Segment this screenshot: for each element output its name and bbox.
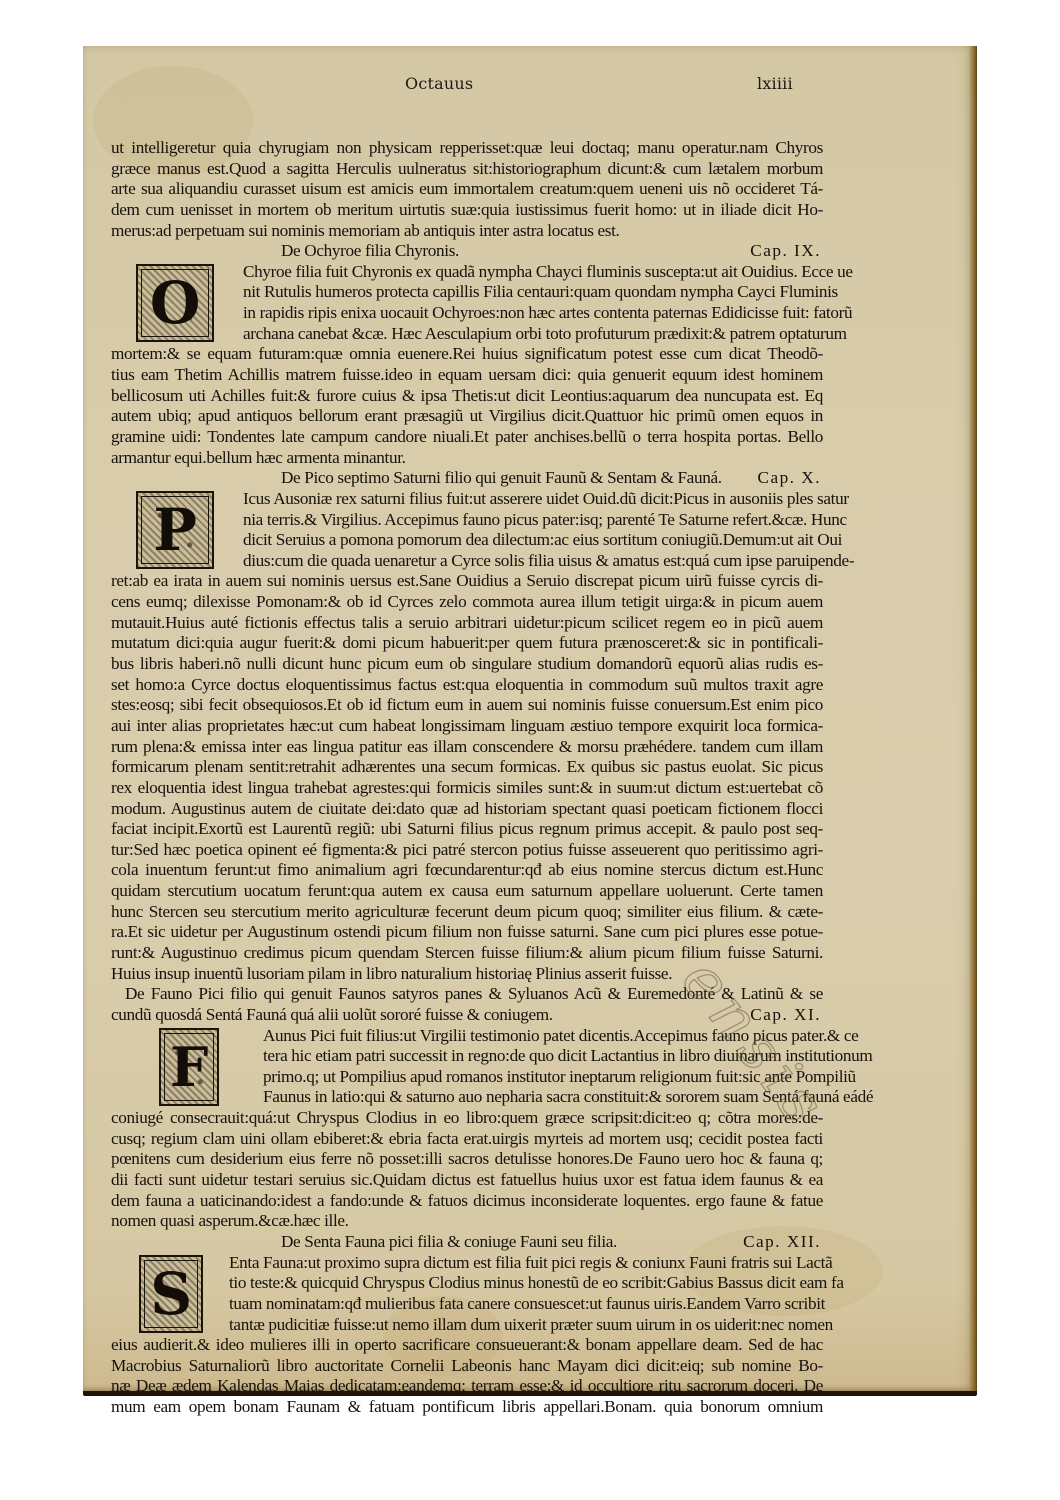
initial-letter-o-icon: O [136, 264, 214, 342]
chapter-title: De Senta Fauna pici filia & coniuge Faun… [281, 1232, 617, 1253]
chapter-opening: O Chyroe filia fuit Chyronis ex quadã ny… [111, 262, 823, 345]
text-line: ret:ab ea irata in auem sui nominis uers… [111, 571, 823, 592]
text-line: set homo:a Cyrce doctus eloquentissimus … [111, 675, 823, 696]
body-text-column: ut intelligeretur quia chyrugiam non phy… [111, 138, 823, 1418]
chapter-heading: De Pico septimo Saturni filio qui genuit… [111, 468, 823, 489]
chapter-opening: S Enta Fauna:ut proximo supra dictum est… [111, 1253, 823, 1336]
text-line: bus libris haberi.nõ nulli dicunt hunc p… [111, 654, 823, 675]
text-line: cusq; regium clam uini ollam ebiberet:& … [111, 1129, 823, 1150]
chapter-number: Cap. XII. [743, 1232, 823, 1253]
text-line: tius eam Thetim Achillis matrem fuisse.i… [111, 365, 823, 386]
text-line: merus:ad perpetuam sui nominis memoriam … [111, 221, 823, 242]
book-page: Octauus lxiiii ut intelligeretur quia ch… [83, 46, 977, 1394]
text-line: stes:eosq; sibi fecit obsequiosos.Et ob … [111, 695, 823, 716]
text-line: cens eumq; dilexisse Pomonam:& ob id Cyr… [111, 592, 823, 613]
chapter-number: Cap. X. [758, 468, 824, 489]
text-line: nomen quasi asperum.&cæ.hæc ille. [111, 1211, 823, 1232]
chapter-opening: P Icus Ausoniæ rex saturni filius fuit:u… [111, 489, 823, 572]
text-line: gramine uidi: Tondentes late campum cand… [111, 427, 823, 448]
text-line: græce manus est.Quod a sagitta Herculis … [111, 159, 823, 180]
text-line: ra.Et sic uidetur per Augustinum ostendi… [111, 922, 823, 943]
text-line: mutatum dici:quia augur fuerit:& domi pi… [111, 633, 823, 654]
text-line: eius audierit.& ideo mulieres illi in op… [111, 1335, 823, 1356]
text-line: ut intelligeretur quia chyrugiam non phy… [111, 138, 823, 159]
text-line: quidam stercutium uocatum ferunt:qua aut… [111, 881, 823, 902]
text-line: Macrobius Saturnaliorũ libro auctoritate… [111, 1356, 823, 1377]
initial-letter-p-icon: P [136, 491, 214, 569]
text-line: hunc Stercen seu stercutium merito agric… [111, 902, 823, 923]
chapter-number: Cap. IX. [750, 241, 823, 262]
chapter-title: cundũ quosdá Sentá Fauná quá alii uolũt … [111, 1005, 553, 1026]
chapter-title: De Ochyroe filia Chyronis. [281, 241, 459, 262]
initial-letter-s-icon: S [139, 1255, 203, 1333]
text-line: faciat incipit.Exortũ est Laurentũ regiũ… [111, 819, 823, 840]
text-line: bellicosum uti Achilles fuit:& furore cu… [111, 386, 823, 407]
text-line: næ Deæ ædem Kalendas Maias dedicatam:ean… [111, 1376, 823, 1397]
chapter-heading: De Ochyroe filia Chyronis. Cap. IX. [111, 241, 823, 262]
text-line: formicarum plenam sentit:retrahit adhære… [111, 757, 823, 778]
decorated-initial: P [119, 491, 231, 569]
text-line: mortem:& se equam futuram:quæ omnia euen… [111, 344, 823, 365]
chapter-heading: De Senta Fauna pici filia & coniuge Faun… [111, 1232, 823, 1253]
text-line: dem fauna a uaticinando:idest a fando:un… [111, 1191, 823, 1212]
text-line: mum eam opem bonam Faunam & fatuam ponti… [111, 1397, 823, 1418]
decorated-initial: S [115, 1255, 227, 1333]
text-line: coniugé consecrauit:quá:ut Chryspus Clod… [111, 1108, 823, 1129]
text-line: tur:Sed hæc poetica opinent eé figmenta:… [111, 840, 823, 861]
text-line: rex eloquentia idest lingua trahebat agr… [111, 778, 823, 799]
text-line: aui inter alias proprietates hæc:ut cum … [111, 716, 823, 737]
folio-number: lxiiii [757, 74, 793, 93]
text-line: mutauit.Huius auté fictionis effectus ta… [111, 613, 823, 634]
text-line: dem cum uenisset in mortem ob meritum ui… [111, 200, 823, 221]
decorated-initial: O [119, 264, 231, 342]
text-line: cola inuentum ferunt:ut fimo animalium a… [111, 860, 823, 881]
text-line: dii facti sunt uidetur testari seruius s… [111, 1170, 823, 1191]
text-line: modum. Augustinus autem de ciuitate dei:… [111, 799, 823, 820]
text-line: arte sua aliquandiu curasset uisum est a… [111, 179, 823, 200]
text-line: armantur equi.bellum hæc armenta minantu… [111, 448, 823, 469]
running-head-section: Octauus [405, 74, 473, 93]
chapter-title: De Pico septimo Saturni filio qui genuit… [281, 468, 722, 489]
text-line: rum plena:& emissa inter eas lingua pati… [111, 737, 823, 758]
text-line: autem ubiq; apud antiquos bellorum erant… [111, 406, 823, 427]
page-gutter-shadow [969, 46, 977, 1394]
text-line: pœnitens cum desiderium eius ferre nõ po… [111, 1149, 823, 1170]
decorated-initial: F [119, 1028, 259, 1106]
initial-letter-f-icon: F [159, 1028, 219, 1106]
